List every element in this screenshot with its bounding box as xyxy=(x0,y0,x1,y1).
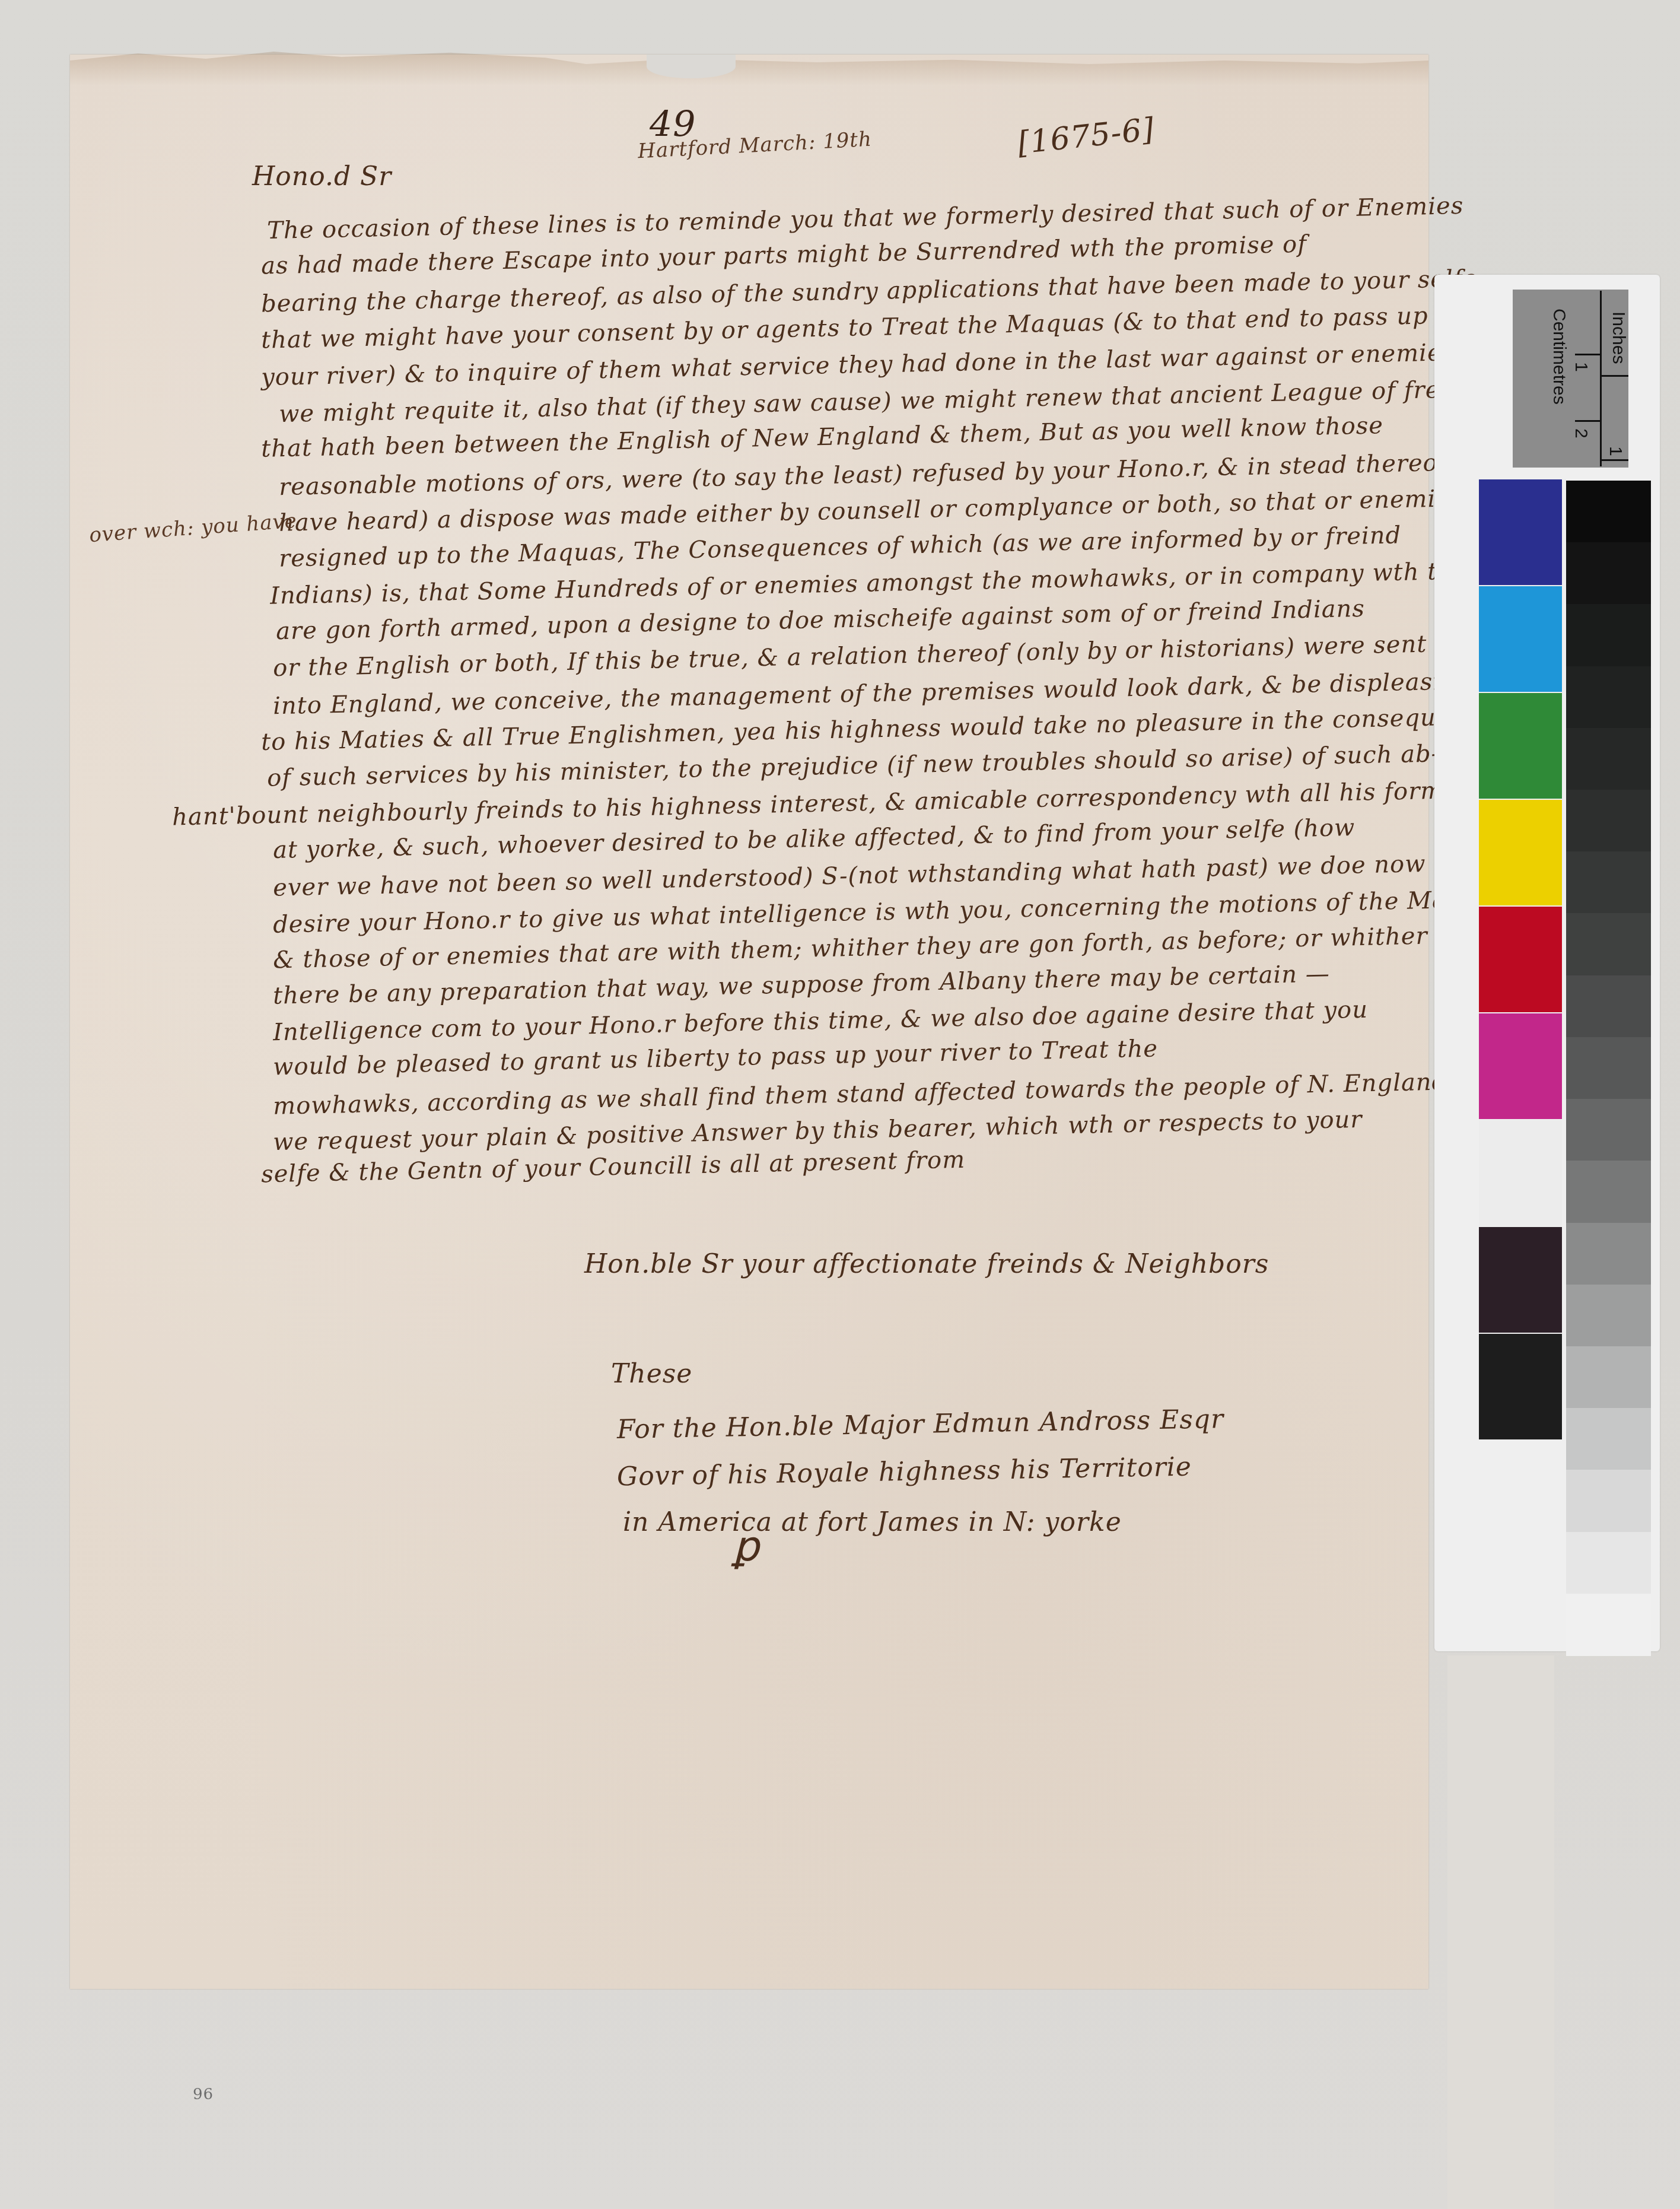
tick-mark xyxy=(1575,354,1600,355)
gray-step xyxy=(1566,728,1651,790)
tick-mark xyxy=(1600,459,1628,461)
scale-edge xyxy=(1600,291,1602,466)
color-patch-white xyxy=(1479,1120,1562,1226)
gray-step xyxy=(1566,1099,1651,1161)
gray-step xyxy=(1566,1470,1651,1532)
gray-step xyxy=(1566,604,1651,666)
mount-strip xyxy=(1447,1655,1554,2209)
tick-mark xyxy=(1600,375,1628,377)
gray-step xyxy=(1566,851,1651,914)
closing-line: Hon.ble Sr your affectionate freinds & N… xyxy=(584,1249,1269,1279)
color-patch-magenta xyxy=(1479,1013,1562,1119)
color-patch-blue xyxy=(1479,479,1562,585)
centimetres-label: Centimetres xyxy=(1549,309,1569,405)
salutation: Hono.d Sr xyxy=(252,161,392,192)
gray-step xyxy=(1566,975,1651,1038)
color-patch-red xyxy=(1479,907,1562,1012)
gray-step xyxy=(1566,790,1651,852)
address-lead: These xyxy=(611,1359,692,1389)
color-patch-dark-brown xyxy=(1479,1227,1562,1333)
color-patch-cyan xyxy=(1479,586,1562,692)
gray-step xyxy=(1566,1346,1651,1409)
inch-tick-1: 1 xyxy=(1605,446,1625,456)
color-patch-black xyxy=(1479,1334,1562,1439)
gray-step xyxy=(1566,542,1651,605)
gray-step xyxy=(1566,1161,1651,1223)
paper-tear xyxy=(647,55,736,78)
gray-step xyxy=(1566,913,1651,975)
gray-step xyxy=(1566,1408,1651,1470)
paraph-flourish-icon: ꝑ xyxy=(733,1522,759,1571)
pencil-note: 96 xyxy=(193,2086,214,2103)
gray-step xyxy=(1566,1594,1651,1656)
gray-step xyxy=(1566,1285,1651,1347)
gray-step xyxy=(1566,1037,1651,1099)
gray-step xyxy=(1566,1223,1651,1285)
gray-step xyxy=(1566,481,1651,543)
tick-mark xyxy=(1575,420,1600,422)
gray-step xyxy=(1566,666,1651,729)
inches-label: Inches xyxy=(1608,312,1628,364)
cm-tick-1: 1 xyxy=(1571,362,1591,372)
address-line: in America at fort James in N: yorke xyxy=(623,1507,1122,1537)
color-patch-yellow xyxy=(1479,800,1562,905)
cm-tick-2: 2 xyxy=(1571,428,1591,438)
color-patch-green xyxy=(1479,693,1562,799)
gray-step xyxy=(1566,1532,1651,1594)
